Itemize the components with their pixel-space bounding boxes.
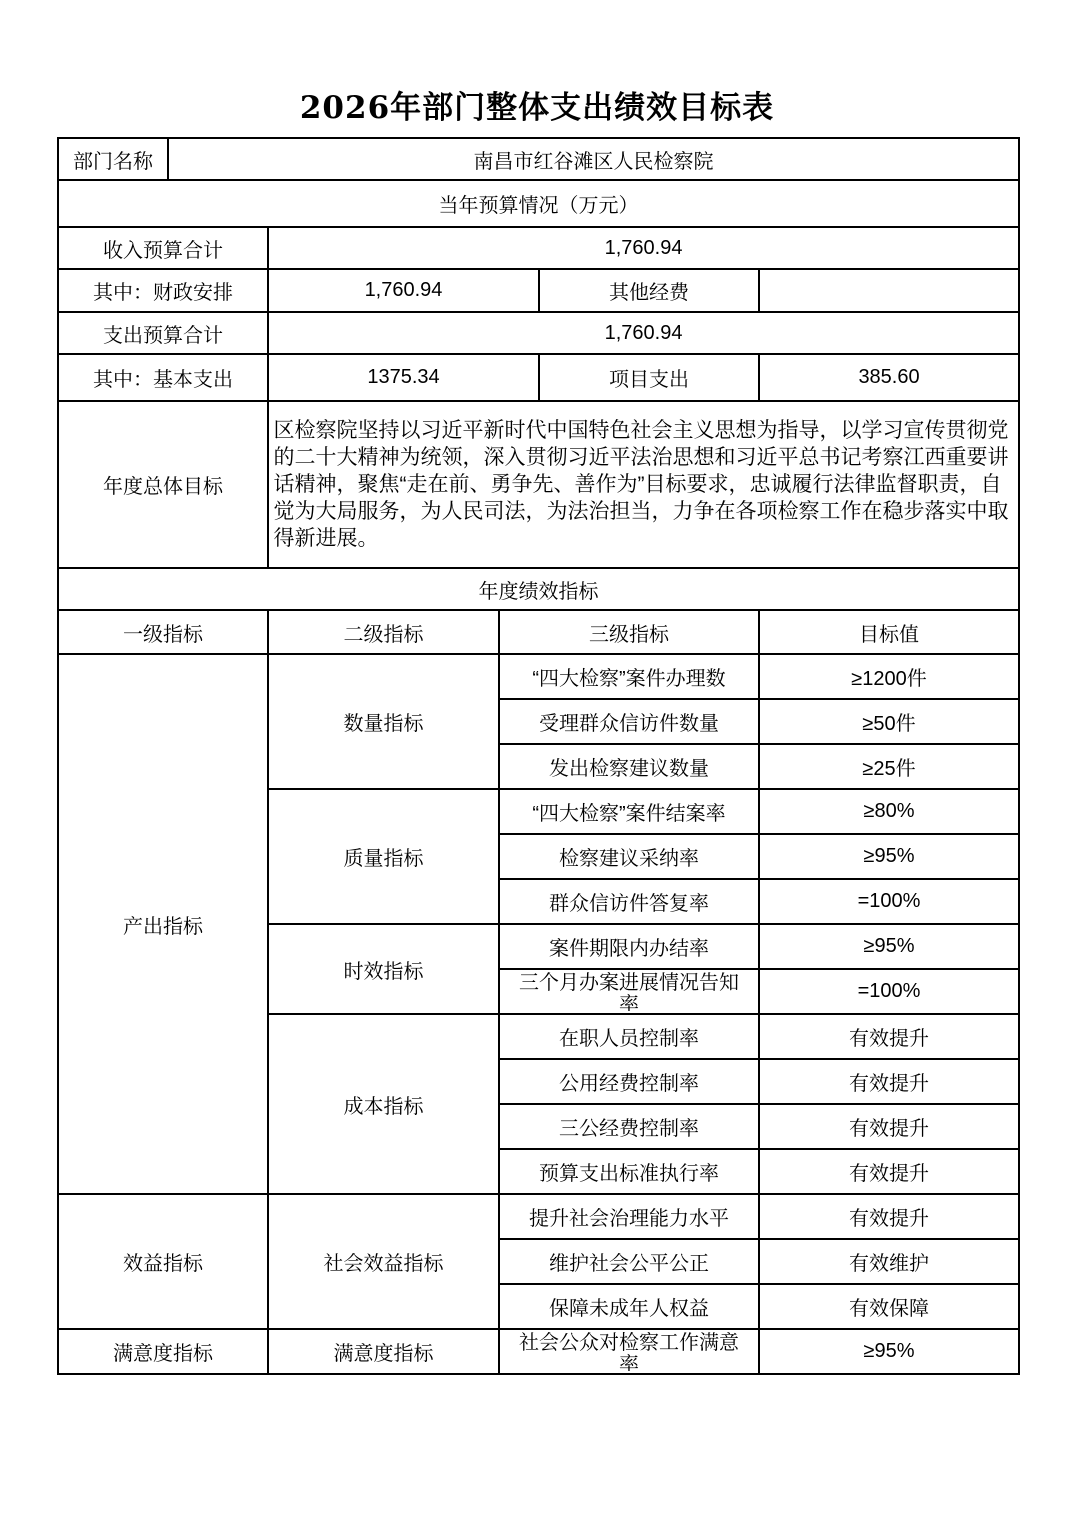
- indicator-name-clipped: 社会公众对检察工作满意率: [513, 1332, 745, 1371]
- target-value-cell: 有效提升: [759, 1149, 1019, 1194]
- indicator-name-cell: 在职人员控制率: [499, 1014, 759, 1059]
- table-row: 当年预算情况（万元）: [58, 180, 1019, 227]
- indicator-name-cell: “四大检察”案件办理数: [499, 654, 759, 699]
- basic-expense-value-cell: 1375.34: [268, 354, 539, 401]
- indicator-name-cell: 三公经费控制率: [499, 1104, 759, 1149]
- performance-target-table: 部门名称 南昌市红谷滩区人民检察院 当年预算情况（万元） 收入预算合计 1,76…: [57, 137, 1020, 1375]
- annual-goal-text: 区检察院坚持以习近平新时代中国特色社会主义思想为指导，以学习宣传贯彻党的二十大精…: [274, 417, 1014, 552]
- target-value-cell: ≥50件: [759, 699, 1019, 744]
- header-target-cell: 目标值: [759, 610, 1019, 654]
- target-value-cell: 有效提升: [759, 1059, 1019, 1104]
- other-funds-label-cell: 其他经费: [539, 269, 759, 312]
- level2-cell: 质量指标: [268, 789, 499, 924]
- level2-cell: 数量指标: [268, 654, 499, 789]
- fiscal-value-cell: 1,760.94: [268, 269, 539, 312]
- department-label-cell: 部门名称: [58, 138, 168, 180]
- target-value-cell: =100%: [759, 969, 1019, 1014]
- target-value-cell: 有效提升: [759, 1104, 1019, 1149]
- level1-cell: 效益指标: [58, 1194, 268, 1329]
- basic-expense-label-cell: 其中：基本支出: [58, 354, 268, 401]
- indicator-name-cell: 受理群众信访件数量: [499, 699, 759, 744]
- level2-cell: 满意度指标: [268, 1329, 499, 1374]
- header-level1-cell: 一级指标: [58, 610, 268, 654]
- indicators-section-header-cell: 年度绩效指标: [58, 568, 1019, 610]
- target-value-cell: ≥95%: [759, 834, 1019, 879]
- indicator-name-cell: 提升社会治理能力水平: [499, 1194, 759, 1239]
- header-level2-cell: 二级指标: [268, 610, 499, 654]
- target-value-cell: 有效提升: [759, 1014, 1019, 1059]
- indicator-name-cell: 案件期限内办结率: [499, 924, 759, 969]
- indicator-name-cell: 群众信访件答复率: [499, 879, 759, 924]
- department-value-cell: 南昌市红谷滩区人民检察院: [168, 138, 1019, 180]
- annual-goal-label-cell: 年度总体目标: [58, 401, 268, 568]
- indicator-row: 效益指标 社会效益指标 提升社会治理能力水平 有效提升: [58, 1194, 1019, 1239]
- target-value-cell: =100%: [759, 879, 1019, 924]
- level2-cell: 时效指标: [268, 924, 499, 1014]
- indicator-row: 产出指标 数量指标 “四大检察”案件办理数 ≥1200件: [58, 654, 1019, 699]
- table-row: 年度总体目标 区检察院坚持以习近平新时代中国特色社会主义思想为指导，以学习宣传贯…: [58, 401, 1019, 568]
- target-value-cell: ≥25件: [759, 744, 1019, 789]
- target-value-cell: ≥1200件: [759, 654, 1019, 699]
- table-row: 支出预算合计 1,760.94: [58, 312, 1019, 354]
- indicator-name-cell: 预算支出标准执行率: [499, 1149, 759, 1194]
- expense-total-label-cell: 支出预算合计: [58, 312, 268, 354]
- indicator-name-cell: 公用经费控制率: [499, 1059, 759, 1104]
- page-title: 2026年部门整体支出绩效目标表: [0, 82, 1074, 127]
- target-value-cell: 有效保障: [759, 1284, 1019, 1329]
- income-total-value-cell: 1,760.94: [268, 227, 1019, 269]
- level2-cell: 成本指标: [268, 1014, 499, 1194]
- table-row: 年度绩效指标: [58, 568, 1019, 610]
- indicator-name-cell: 检察建议采纳率: [499, 834, 759, 879]
- indicator-row: 满意度指标 满意度指标 社会公众对检察工作满意率 ≥95%: [58, 1329, 1019, 1374]
- target-value-cell: 有效提升: [759, 1194, 1019, 1239]
- indicator-name-cell: 发出检察建议数量: [499, 744, 759, 789]
- header-level3-cell: 三级指标: [499, 610, 759, 654]
- level1-cell: 满意度指标: [58, 1329, 268, 1374]
- expense-total-value-cell: 1,760.94: [268, 312, 1019, 354]
- target-value-cell: ≥95%: [759, 1329, 1019, 1374]
- target-value-cell: 有效维护: [759, 1239, 1019, 1284]
- indicator-name-cell: 保障未成年人权益: [499, 1284, 759, 1329]
- fiscal-label-cell: 其中：财政安排: [58, 269, 268, 312]
- indicator-name-cell: 维护社会公平公正: [499, 1239, 759, 1284]
- budget-section-header-cell: 当年预算情况（万元）: [58, 180, 1019, 227]
- target-value-cell: ≥95%: [759, 924, 1019, 969]
- project-expense-label-cell: 项目支出: [539, 354, 759, 401]
- indicator-name-clipped: 三个月办案进展情况告知率: [513, 972, 745, 1011]
- indicator-name-cell: “四大检察”案件结案率: [499, 789, 759, 834]
- annual-goal-text-cell: 区检察院坚持以习近平新时代中国特色社会主义思想为指导，以学习宣传贯彻党的二十大精…: [268, 401, 1019, 568]
- other-funds-value-cell: [759, 269, 1019, 312]
- target-value-cell: ≥80%: [759, 789, 1019, 834]
- indicator-name-cell: 三个月办案进展情况告知率: [499, 969, 759, 1014]
- table-row: 其中：基本支出 1375.34 项目支出 385.60: [58, 354, 1019, 401]
- indicator-name-cell: 社会公众对检察工作满意率: [499, 1329, 759, 1374]
- income-total-label-cell: 收入预算合计: [58, 227, 268, 269]
- level2-cell: 社会效益指标: [268, 1194, 499, 1329]
- table-row: 部门名称 南昌市红谷滩区人民检察院: [58, 138, 1019, 180]
- table-row: 收入预算合计 1,760.94: [58, 227, 1019, 269]
- document-page: 2026年部门整体支出绩效目标表 部门名称 南昌市红谷滩区人民检察院 当年预算情…: [0, 0, 1074, 1520]
- table-row: 其中：财政安排 1,760.94 其他经费: [58, 269, 1019, 312]
- indicator-header-row: 一级指标 二级指标 三级指标 目标值: [58, 610, 1019, 654]
- level1-cell: 产出指标: [58, 654, 268, 1194]
- project-expense-value-cell: 385.60: [759, 354, 1019, 401]
